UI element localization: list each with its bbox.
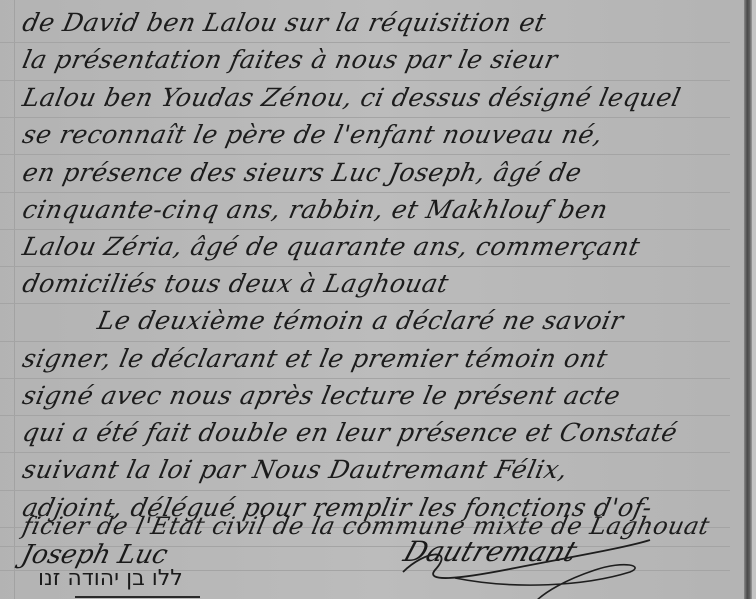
document-scan: de David ben Lalou sur la réquisition et…: [0, 0, 756, 599]
text-line-1: de David ben Lalou sur la réquisition et: [20, 8, 549, 37]
text-line-8: domiciliés tous deux à Laghouat: [20, 269, 451, 298]
ruled-line: [0, 80, 730, 81]
text-line-5: en présence des sieurs Luc Joseph, âgé d…: [20, 158, 585, 187]
text-line-2: la présentation faites à nous par le sie…: [20, 45, 560, 74]
text-line-7: Lalou Zéria, âgé de quarante ans, commer…: [20, 232, 643, 261]
ruled-line: [0, 415, 730, 416]
ruled-line: [0, 341, 730, 342]
signature-hebrew: ללו בן יהודה זנו: [38, 566, 183, 591]
text-line-13: suivant la loi par Nous Dautremant Félix…: [20, 455, 571, 484]
ruled-line: [0, 192, 730, 193]
ruled-line: [0, 154, 730, 155]
page-binding: [744, 0, 752, 599]
text-line-6: cinquante-cinq ans, rabbin, et Makhlouf …: [20, 195, 611, 224]
text-line-9: Le deuxième témoin a déclaré ne savoir: [95, 306, 626, 335]
ruled-line: [0, 266, 730, 267]
signature-flourish-icon: [395, 530, 655, 599]
signature-underline: [75, 596, 200, 598]
ruled-line: [0, 42, 730, 43]
text-line-11: signé avec nous après lecture le présent…: [20, 381, 623, 410]
ruled-line: [0, 117, 730, 118]
ruled-line: [0, 378, 730, 379]
ruled-line: [0, 229, 730, 230]
page-edge: [752, 0, 756, 599]
text-line-4: se reconnaît le père de l'enfant nouveau…: [20, 120, 606, 149]
text-line-10: signer, le déclarant et le premier témoi…: [20, 344, 610, 373]
margin-line: [14, 0, 15, 599]
ruled-line: [0, 490, 730, 491]
ruled-line: [0, 303, 730, 304]
text-line-3: Lalou ben Youdas Zénou, ci dessus désign…: [20, 83, 684, 112]
ruled-line: [0, 452, 730, 453]
text-line-12: qui a été fait double en leur présence e…: [20, 418, 680, 447]
